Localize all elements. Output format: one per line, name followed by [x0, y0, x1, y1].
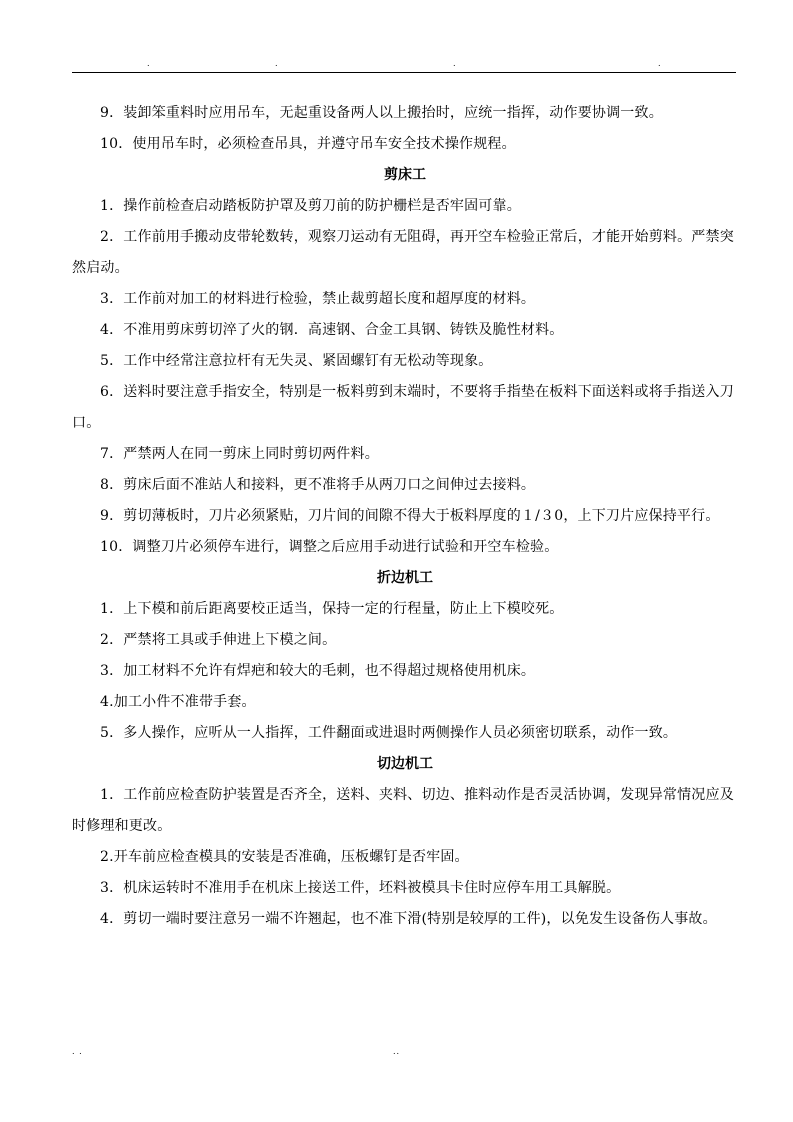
- header-dot: .: [658, 60, 661, 68]
- list-item: 9．装卸笨重料时应用吊车，无起重设备两人以上搬抬时，应统一指挥，动作要协调一致。: [72, 98, 738, 129]
- footer-dots-left: . .: [72, 1048, 83, 1056]
- list-item: 5．工作中经常注意拉杆有无失灵、紧固螺钉有无松动等现象。: [72, 346, 738, 377]
- section-title-bending: 折边机工: [72, 563, 738, 594]
- list-item: 4．不准用剪床剪切淬了火的钢．高速钢、合金工具钢、铸铁及脆性材料。: [72, 315, 738, 346]
- list-item: 1．操作前检查启动踏板防护罩及剪刀前的防护栅栏是否牢固可靠。: [72, 191, 738, 222]
- list-item: 2．严禁将工具或手伸进上下模之间。: [72, 625, 738, 656]
- list-item: 10．调整刀片必须停车进行，调整之后应用手动进行试验和开空车检验。: [72, 532, 738, 563]
- header-rule: [72, 72, 736, 73]
- list-item: 1．工作前应检查防护装置是否齐全，送料、夹料、切边、推料动作是否灵活协调，发现异…: [72, 780, 738, 842]
- header-dot: .: [453, 60, 456, 68]
- list-item: 3．机床运转时不准用手在机床上接送工件，坯料被模具卡住时应停车用工具解脱。: [72, 873, 738, 904]
- list-item: 8．剪床后面不准站人和接料，更不准将手从两刀口之间伸过去接料。: [72, 470, 738, 501]
- list-item: 2.开车前应检查模具的安装是否准确，压板螺钉是否牢固。: [72, 842, 738, 873]
- header-dot: .: [147, 60, 150, 68]
- list-item: 4.加工小件不准带手套。: [72, 687, 738, 718]
- list-item: 2．工作前用手搬动皮带轮数转，观察刀运动有无阻碍，再开空车检验正常后，才能开始剪…: [72, 222, 738, 284]
- list-item: 10．使用吊车时，必须检查吊具，并遵守吊车安全技术操作规程。: [72, 129, 738, 160]
- list-item: 3．加工材料不允许有焊疤和较大的毛刺，也不得超过规格使用机床。: [72, 656, 738, 687]
- section-title-trimming: 切边机工: [72, 749, 738, 780]
- list-item: 6．送料时要注意手指安全，特别是一板料剪到末端时，不要将手指垫在板料下面送料或将…: [72, 377, 738, 439]
- list-item: 5．多人操作，应听从一人指挥，工件翻面或进退时两侧操作人员必须密切联系，动作一致…: [72, 718, 738, 749]
- list-item: 4．剪切一端时要注意另一端不许翘起，也不准下滑(特别是较厚的工件)，以免发生设备…: [72, 904, 738, 935]
- header-dot: .: [275, 60, 278, 68]
- list-item: 9．剪切薄板时，刀片必须紧贴，刀片间的间隙不得大于板料厚度的１/３0，上下刀片应…: [72, 501, 738, 532]
- list-item: 7．严禁两人在同一剪床上同时剪切两件料。: [72, 439, 738, 470]
- footer-dots-center: ..: [393, 1048, 400, 1056]
- section-title-shearing: 剪床工: [72, 160, 738, 191]
- document-body: 9．装卸笨重料时应用吊车，无起重设备两人以上搬抬时，应统一指挥，动作要协调一致。…: [72, 98, 738, 935]
- list-item: 1．上下模和前后距离要校正适当，保持一定的行程量，防止上下模咬死。: [72, 594, 738, 625]
- list-item: 3．工作前对加工的材料进行检验，禁止裁剪超长度和超厚度的材料。: [72, 284, 738, 315]
